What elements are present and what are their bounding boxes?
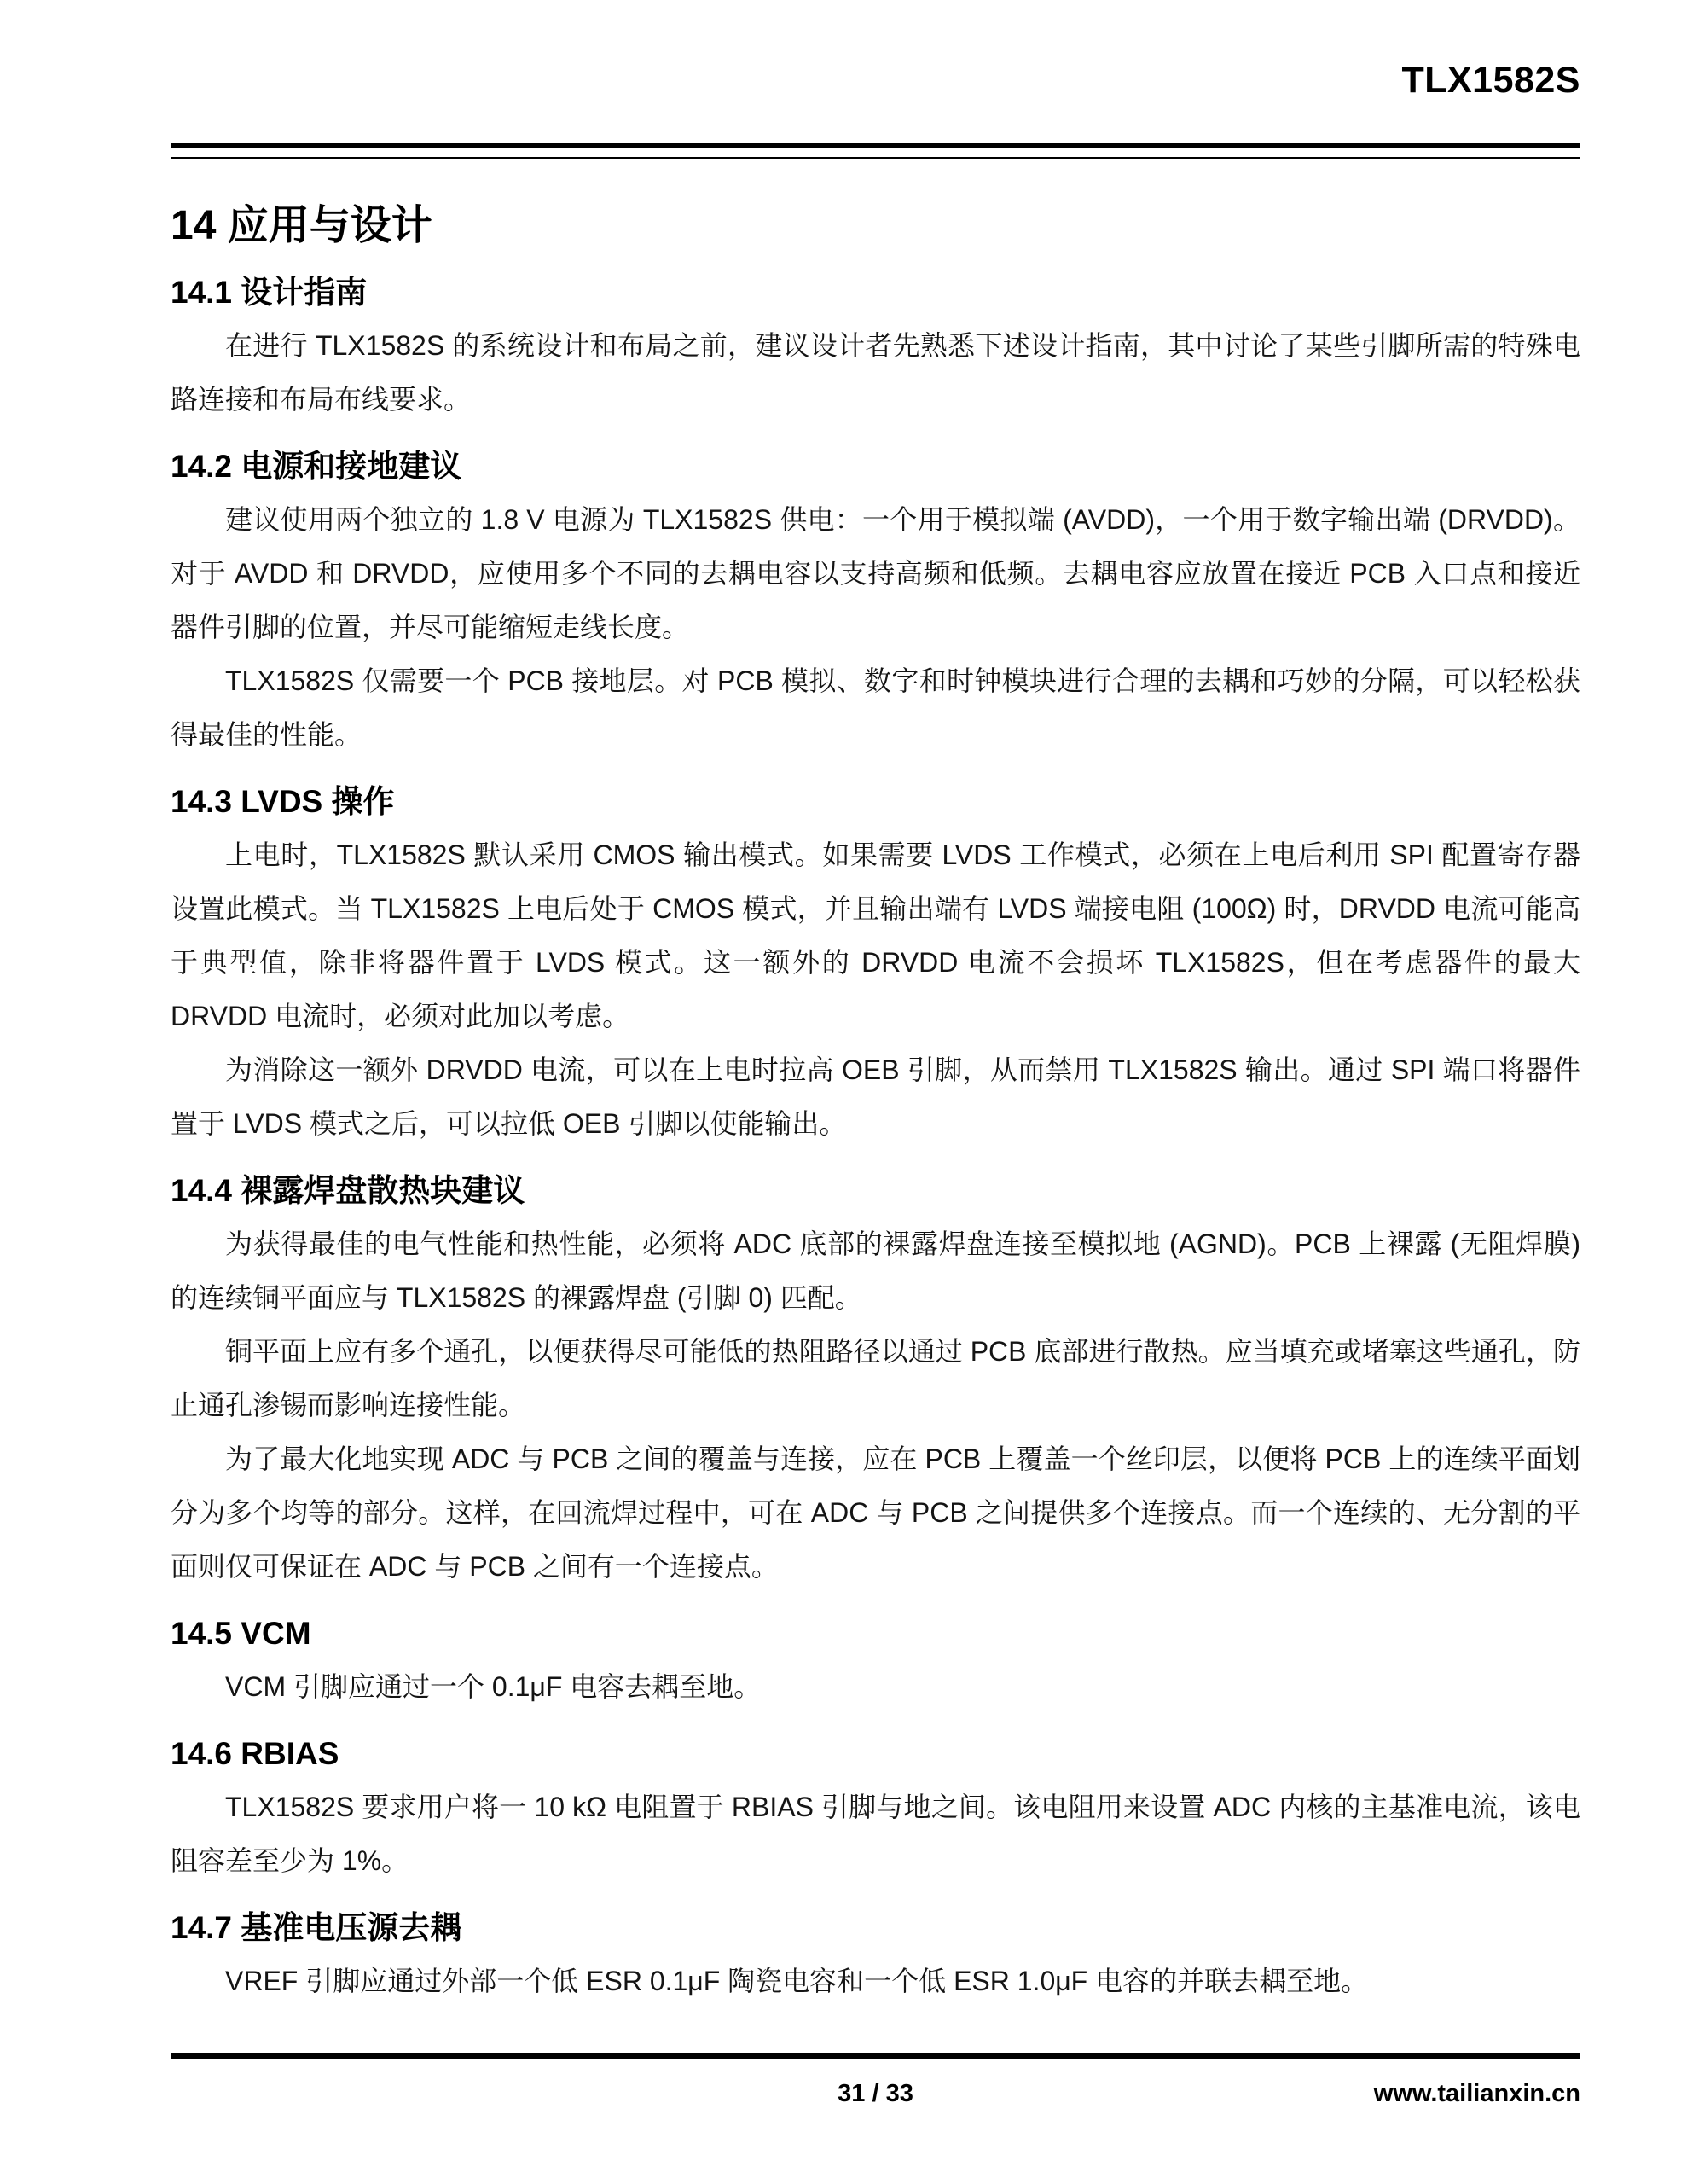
section-title: 14.4 裸露焊盘散热块建议 bbox=[171, 1171, 1580, 1211]
paragraph: TLX1582S 仅需要一个 PCB 接地层。对 PCB 模拟、数字和时钟模块进… bbox=[171, 654, 1580, 762]
paragraph: VREF 引脚应通过外部一个低 ESR 0.1μF 陶瓷电容和一个低 ESR 1… bbox=[171, 1955, 1580, 2008]
section-title: 14.2 电源和接地建议 bbox=[171, 447, 1580, 486]
section-rbias: 14.6 RBIAS TLX1582S 要求用户将一 10 kΩ 电阻置于 RB… bbox=[171, 1734, 1580, 1888]
section-title: 14.5 VCM bbox=[171, 1614, 1580, 1653]
paragraph: 铜平面上应有多个通孔，以便获得尽可能低的热阻路径以通过 PCB 底部进行散热。应… bbox=[171, 1325, 1580, 1432]
paragraph: VCM 引脚应通过一个 0.1μF 电容去耦至地。 bbox=[171, 1660, 1580, 1714]
chapter-title: 14 应用与设计 bbox=[171, 200, 1580, 253]
website-text: www.tailianxin.cn bbox=[1374, 2078, 1580, 2109]
page-header: TLX1582S bbox=[171, 0, 1580, 159]
page-number: 31 / 33 bbox=[171, 2078, 1580, 2109]
section-vref-decoupling: 14.7 基准电压源去耦 VREF 引脚应通过外部一个低 ESR 0.1μF 陶… bbox=[171, 1908, 1580, 2008]
paragraph: TLX1582S 要求用户将一 10 kΩ 电阻置于 RBIAS 引脚与地之间。… bbox=[171, 1780, 1580, 1888]
section-exposed-pad: 14.4 裸露焊盘散热块建议 为获得最佳的电气性能和热性能，必须将 ADC 底部… bbox=[171, 1171, 1580, 1594]
paragraph: 上电时，TLX1582S 默认采用 CMOS 输出模式。如果需要 LVDS 工作… bbox=[171, 828, 1580, 1043]
header-rule bbox=[171, 143, 1580, 159]
page-footer: 31 / 33 www.tailianxin.cn bbox=[171, 2053, 1580, 2109]
section-power-ground: 14.2 电源和接地建议 建议使用两个独立的 1.8 V 电源为 TLX1582… bbox=[171, 447, 1580, 762]
paragraph: 为了最大化地实现 ADC 与 PCB 之间的覆盖与连接，应在 PCB 上覆盖一个… bbox=[171, 1432, 1580, 1594]
datasheet-page: TLX1582S 14 应用与设计 14.1 设计指南 在进行 TLX1582S… bbox=[0, 0, 1687, 2184]
paragraph: 建议使用两个独立的 1.8 V 电源为 TLX1582S 供电：一个用于模拟端 … bbox=[171, 493, 1580, 654]
section-title: 14.3 LVDS 操作 bbox=[171, 782, 1580, 822]
section-title: 14.7 基准电压源去耦 bbox=[171, 1908, 1580, 1948]
paragraph: 在进行 TLX1582S 的系统设计和布局之前，建议设计者先熟悉下述设计指南，其… bbox=[171, 319, 1580, 427]
section-title: 14.6 RBIAS bbox=[171, 1734, 1580, 1774]
paragraph: 为获得最佳的电气性能和热性能，必须将 ADC 底部的裸露焊盘连接至模拟地 (AG… bbox=[171, 1217, 1580, 1325]
product-title: TLX1582S bbox=[171, 60, 1580, 101]
section-vcm: 14.5 VCM VCM 引脚应通过一个 0.1μF 电容去耦至地。 bbox=[171, 1614, 1580, 1714]
section-lvds-operation: 14.3 LVDS 操作 上电时，TLX1582S 默认采用 CMOS 输出模式… bbox=[171, 782, 1580, 1151]
paragraph: 为消除这一额外 DRVDD 电流，可以在上电时拉高 OEB 引脚，从而禁用 TL… bbox=[171, 1043, 1580, 1151]
footer-rule bbox=[171, 2053, 1580, 2059]
section-title: 14.1 设计指南 bbox=[171, 273, 1580, 312]
footer-row: 31 / 33 www.tailianxin.cn bbox=[171, 2078, 1580, 2109]
section-design-guide: 14.1 设计指南 在进行 TLX1582S 的系统设计和布局之前，建议设计者先… bbox=[171, 273, 1580, 427]
